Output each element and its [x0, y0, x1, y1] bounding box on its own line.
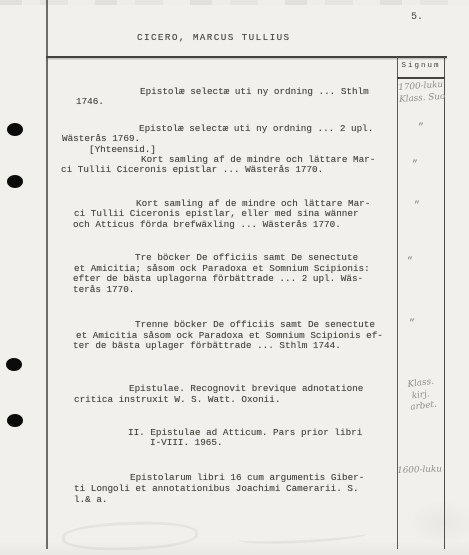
- catalog-page: 5. CICERO, MARCUS TULLIUS Signum Epistol…: [0, 0, 469, 555]
- text-line: I-VIII. 1965.: [150, 438, 223, 448]
- ditto-mark: ”: [412, 160, 418, 171]
- text-line: Wästerås 1769.: [62, 134, 140, 144]
- bottom-shade: [0, 541, 469, 555]
- text-line: critica instruxit W. S. Watt. Oxonii.: [74, 395, 280, 405]
- text-line: Epistolarum libri 16 cum argumentis Gibe…: [130, 473, 364, 483]
- text-line: ci Tullii Ciceronis epistlar ... Wästerå…: [61, 165, 323, 175]
- handwritten-note: 1600-luku: [397, 464, 442, 477]
- punch-hole: [7, 123, 23, 136]
- scan-edge-artifact: [0, 0, 469, 5]
- text-line: terås 1770.: [73, 285, 134, 295]
- text-line: Tre böcker De officiis samt De senectute: [135, 253, 358, 263]
- header-rule: [46, 56, 447, 58]
- signum-column-header: Signum: [397, 62, 445, 70]
- text-line: Epistulae. Recognovit brevique adnotatio…: [129, 384, 363, 394]
- text-line: Trenne böcker De officiis samt De senect…: [135, 320, 375, 330]
- text-line: l.& a.: [74, 495, 107, 505]
- handwritten-note: 1700-lukuKlass. Suo: [398, 80, 446, 106]
- punch-hole: [7, 175, 23, 188]
- handwritten-note-line: Klass. Suo: [399, 91, 446, 106]
- text-line: och Atticus förda brefwäxling ... Wäster…: [73, 220, 341, 230]
- ditto-mark: ”: [414, 201, 420, 212]
- text-line: ci Tullii Ciceronis epistlar, eller med …: [74, 209, 359, 219]
- signum-column-right-rule: [444, 57, 445, 549]
- handwritten-note-line: arbet.: [410, 400, 438, 415]
- text-line: ter de bästa uplager förbättrade ... Sth…: [73, 341, 341, 351]
- text-line: 1746.: [76, 97, 104, 107]
- scan-smudge: [408, 500, 469, 546]
- handwritten-note: Klass. kirj.arbet.: [407, 377, 438, 414]
- left-margin-rule: [46, 0, 48, 549]
- ditto-mark: ”: [418, 123, 424, 134]
- punch-hole: [6, 358, 22, 371]
- page-heading: CICERO, MARCUS TULLIUS: [137, 32, 291, 43]
- text-line: efter de bästa uplagorna förbättrade ...…: [73, 274, 363, 284]
- ditto-mark: ”: [407, 257, 413, 268]
- handwritten-note-line: 1600-luku: [397, 464, 442, 477]
- ditto-mark: ”: [409, 319, 415, 330]
- text-line: ti Longoli et annotationibus Joachimi Ca…: [74, 484, 359, 494]
- text-line: Epistolæ selectæ uti ny ordning ... 2 up…: [139, 124, 373, 134]
- text-line: Epistolæ selectæ uti ny ordning ... Sthl…: [140, 87, 369, 97]
- signum-header-underline: [397, 77, 445, 79]
- punch-hole: [7, 414, 23, 427]
- page-number: 5.: [411, 12, 423, 23]
